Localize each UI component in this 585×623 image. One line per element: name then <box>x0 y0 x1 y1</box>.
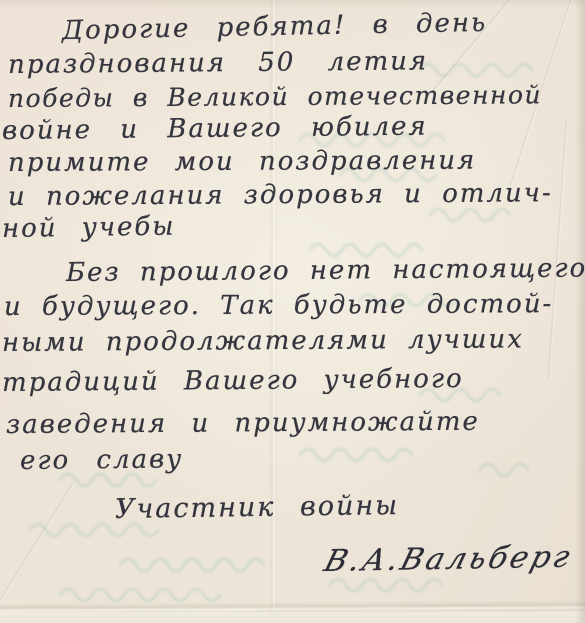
paper-top-edge <box>0 0 585 8</box>
signature: В.А.Вальберг <box>320 540 576 579</box>
letter-line: ной учебы <box>2 212 176 244</box>
letter-line: и будущего. Так будьте достой- <box>4 289 553 322</box>
letter-line: традиций Вашего учебного <box>2 364 464 398</box>
letter-line: его славу <box>20 444 184 476</box>
letter-line: войне и Вашего юбилея <box>2 112 428 146</box>
letter-line: заведения и приумножайте <box>6 407 480 440</box>
letter-closing: Участник войны <box>115 490 400 525</box>
letter-page: Дорогие ребята! в день празднования 50 л… <box>0 0 585 623</box>
paper-bottom-edge <box>0 612 585 623</box>
letter-line: примите мои поздравления <box>8 146 476 178</box>
letter-line: Без прошлого нет настоящего <box>66 253 585 288</box>
letter-line: ными продолжателями лучших <box>2 324 524 358</box>
letter-line: празднования 50 летия <box>8 46 428 80</box>
paper-right-edge <box>575 0 585 623</box>
letter-line: победы в Великой отечественной <box>8 80 542 113</box>
letter-line: и пожелания здоровья и отлич- <box>8 178 553 212</box>
